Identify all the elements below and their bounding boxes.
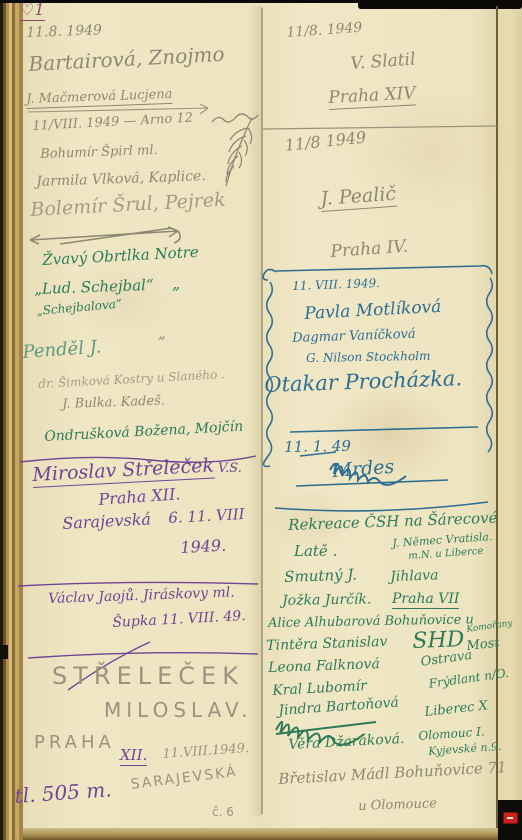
signature: Smutný J.	[284, 567, 357, 585]
pencil-double-arrow	[30, 227, 180, 244]
signature: Bartairová, Znojmo	[28, 44, 225, 75]
signature-caps: SARAJEVSKÁ	[130, 765, 238, 793]
signature: Miroslav Střeleček	[32, 456, 215, 487]
signature-caps: STŘELEČEK	[52, 664, 244, 689]
signature: Bohumír Špirl ml.	[40, 144, 158, 162]
signature-city: m.N. u Liberce	[408, 547, 484, 563]
signature: Bolemír Šrul, Pejrek	[30, 191, 226, 221]
signature: Dagmar Vaníčková	[292, 328, 416, 346]
signature-city: Liberec X	[424, 699, 488, 719]
signature-caps: MILOSLAV.	[104, 700, 253, 721]
signature-caps: PRAHA	[34, 734, 115, 753]
signature: J. Bulka. Kadeš.	[62, 394, 165, 411]
entry-date: 11/8 1949	[284, 129, 367, 154]
signature-city: Olomouc I.	[418, 725, 485, 742]
book-bottom-edge	[23, 828, 522, 840]
center-fold-shadow	[246, 6, 262, 816]
signature-city: Praha VII	[392, 592, 459, 609]
signature-city: u Olomouce	[358, 797, 437, 813]
signature-suffix: V.S.	[218, 462, 242, 476]
guestbook-page-scan: ♡111.8. 1949Bartairová, ZnojmoJ. Mačmero…	[0, 0, 522, 840]
signature-street: Sarajevská	[62, 511, 151, 532]
signature: Tintěra Stanislav	[266, 635, 388, 654]
entry-title: Latě .	[294, 544, 337, 560]
signature: Břetislav Mádl Bohuňovice 71	[278, 760, 507, 788]
red-marker-icon	[503, 812, 518, 824]
signature: Jožka Jurčík.	[282, 592, 372, 608]
signature: Kral Lubomír	[272, 679, 367, 699]
signature-city: Praha XII.	[98, 486, 181, 508]
signature-district: XII.	[120, 748, 147, 766]
signature: Leona Falknová	[268, 657, 380, 676]
entry-date: 11.8. 1949	[26, 23, 102, 40]
right-page-fold-line	[496, 6, 498, 828]
entry-title: Rekreace ČSH na Šárecové	[288, 511, 498, 534]
center-fold-line	[261, 8, 263, 814]
signature: G. Nilson Stockholm	[306, 350, 431, 365]
signature: „Schejbalova“	[36, 298, 122, 318]
signature-street: Kyjevské n.9.	[428, 741, 502, 758]
signature-city: Jihlava	[390, 568, 439, 584]
pencil-rule-right	[263, 126, 497, 129]
left-edge-mark	[0, 645, 8, 659]
ditto-mark: „	[172, 276, 180, 293]
signature: Věra Džaráková.	[288, 732, 405, 753]
signature: Mrdes	[332, 458, 395, 482]
signature: Šupka 11. VIII. 49.	[112, 609, 246, 631]
entry-date: 6. 11. VIII	[168, 507, 245, 527]
entry-date: 11. VIII. 1949.	[292, 277, 380, 293]
signature: J. Mačmerová Lucjena	[26, 88, 173, 109]
entry-date: 11/8. 1949	[286, 21, 363, 41]
entry-date: 11/VIII. 1949 — Arno 12	[32, 112, 193, 134]
signature: Žvavý Obrtlka Notre	[42, 245, 199, 269]
signature-city: Praha IV.	[330, 239, 409, 262]
signature: Jindra Bartoňová	[278, 696, 399, 719]
entry-date: 11. 1. 49	[284, 439, 351, 456]
signature: Jarmila Vlková, Kaplice.	[36, 169, 206, 190]
signature-number: č. 6	[212, 806, 234, 819]
signature: Penděl J.	[22, 339, 102, 363]
signature: Otakar Procházka.	[264, 367, 462, 396]
book-spine-page-edges	[0, 0, 23, 840]
signature: V. Slatil	[350, 51, 416, 73]
signature: Václav Jaojů. Jiráskovy ml.	[48, 585, 235, 606]
signature: J. Pealič	[320, 185, 397, 212]
entry-date: 1949.	[180, 538, 227, 557]
entry-date: 11.VIII.1949.	[162, 742, 250, 762]
ditto-mark: „	[158, 326, 166, 342]
signature: Pavla Motlíková	[304, 299, 442, 324]
signature: Ondrušková Božena, Mojčín	[44, 420, 244, 445]
signature: „Lud. Schejbal“	[34, 278, 154, 298]
signature-city: Praha XIV	[328, 85, 416, 109]
signature: tl. 505 m.	[14, 779, 112, 807]
page-number-mark: ♡1	[20, 2, 45, 21]
signature: dr. Šimková Kostry u Slaného .	[38, 368, 225, 390]
